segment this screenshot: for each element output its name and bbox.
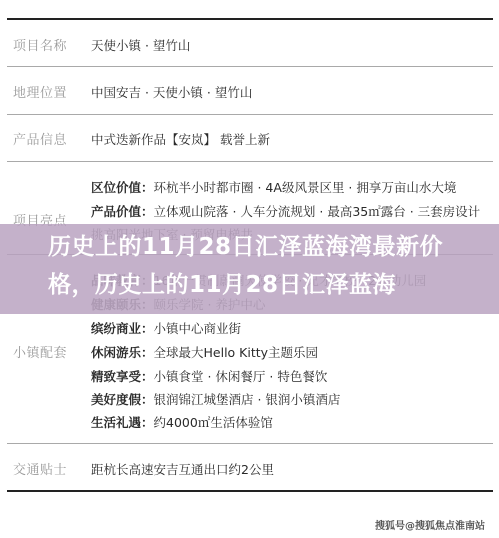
amenity-key: 休闲游乐：: [91, 345, 154, 360]
value-product-info: 中式迭新作品【安岚】 载誉上新: [91, 130, 270, 148]
highlight-item: 区位价值：环杭半小时都市圈 · 4A级风景区里 · 拥享万亩山水大境: [91, 178, 456, 196]
amenity-key: 美好度假：: [91, 392, 154, 407]
row-divider: [7, 66, 493, 67]
row-divider: [7, 114, 493, 115]
amenity-key: 生活礼遇：: [91, 415, 154, 430]
label-project-name: 项目名称: [13, 35, 67, 54]
highlight-text: 环杭半小时都市圈 · 4A级风景区里 · 拥享万亩山水大境: [154, 180, 457, 195]
amenity-key: 精致享受：: [91, 369, 154, 384]
overlay-headline: 历史上的11月28日汇泽蓝海湾最新价格，历史上的11月28日汇泽蓝海: [48, 228, 488, 304]
amenity-text: 约4000㎡生活体验馆: [154, 415, 273, 430]
highlight-key: 产品价值：: [91, 204, 154, 219]
amenity-item: 休闲游乐：全球最大Hello Kitty主题乐园: [91, 343, 318, 361]
value-transport: 距杭长高速安吉互通出口约2公里: [91, 460, 274, 478]
source-watermark: 搜狐号@搜狐焦点淮南站: [375, 517, 485, 532]
value-project-name: 天使小镇 · 望竹山: [91, 36, 190, 54]
amenity-text: 银润锦江城堡酒店 · 银润小镇酒店: [154, 392, 341, 407]
label-town-amenities: 小镇配套: [13, 342, 67, 361]
highlight-text: 立体观山院落 · 人车分流规划 · 最高35㎡露台 · 三套房设计: [154, 204, 481, 219]
highlight-key: 区位价值：: [91, 180, 154, 195]
value-location: 中国安吉 · 天使小镇 · 望竹山: [91, 83, 252, 101]
table-bottom-rule: [7, 490, 493, 492]
amenity-text: 小镇食堂 · 休闲餐厅 · 特色餐饮: [154, 369, 328, 384]
amenity-item: 缤纷商业：小镇中心商业街: [91, 319, 241, 337]
amenity-item: 美好度假：银润锦江城堡酒店 · 银润小镇酒店: [91, 390, 340, 408]
row-divider: [7, 161, 493, 162]
label-transport: 交通贴士: [13, 459, 67, 478]
amenity-key: 缤纷商业：: [91, 321, 154, 336]
amenity-item: 精致享受：小镇食堂 · 休闲餐厅 · 特色餐饮: [91, 367, 327, 385]
amenity-item: 生活礼遇：约4000㎡生活体验馆: [91, 413, 273, 431]
label-location: 地理位置: [13, 82, 67, 101]
table-top-rule: [7, 18, 493, 20]
amenity-text: 小镇中心商业街: [154, 321, 242, 336]
row-divider: [7, 443, 493, 444]
label-product-info: 产品信息: [13, 129, 67, 148]
highlight-item: 产品价值：立体观山院落 · 人车分流规划 · 最高35㎡露台 · 三套房设计: [91, 202, 480, 220]
amenity-text: 全球最大Hello Kitty主题乐园: [154, 345, 319, 360]
